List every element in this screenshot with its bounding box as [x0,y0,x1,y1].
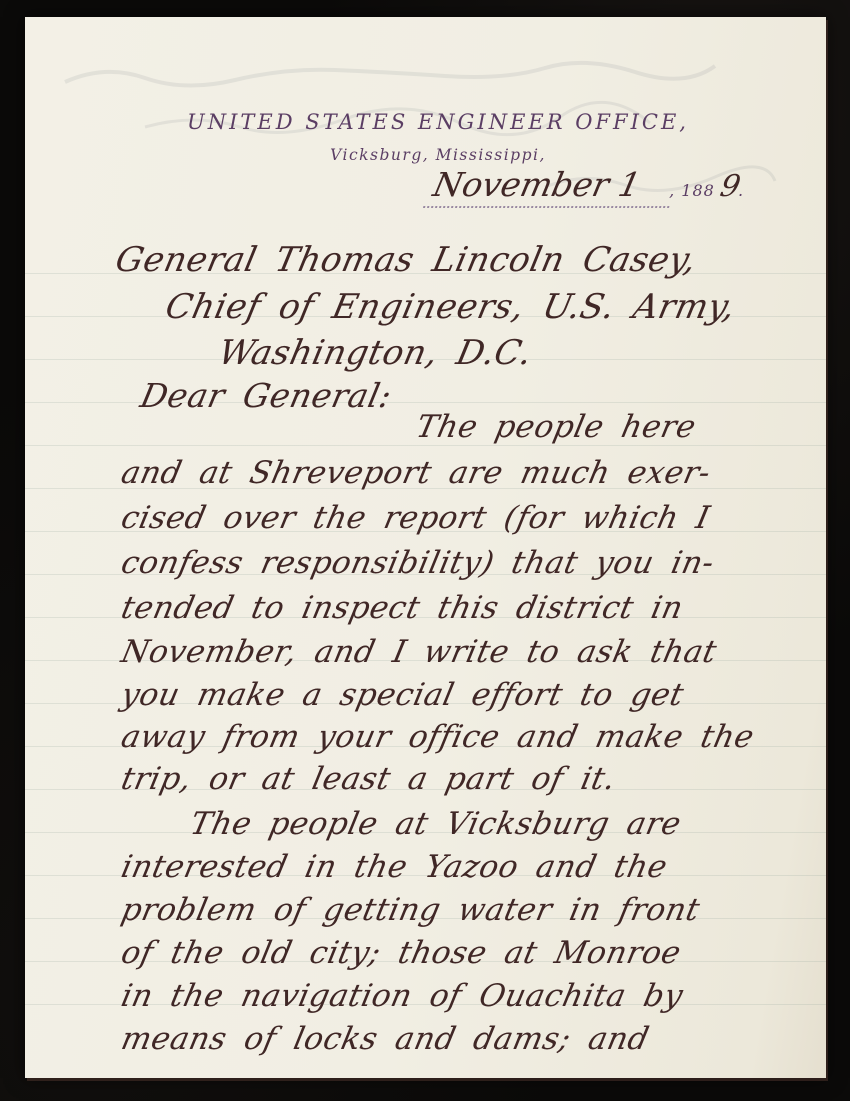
body-line: and at Shreveport are much exer- [118,455,714,491]
letterhead-place-line: Vicksburg, Mississippi, [25,146,850,164]
recipient-name-line: General Thomas Lincoln Casey, [112,240,700,280]
recipient-city-line: Washington, D.C. [215,333,536,373]
body-line: tended to inspect this district in [118,590,686,626]
body-line: confess responsibility) that you in- [118,545,718,581]
body-line: trip, or at least a part of it. [118,761,619,797]
body-line: in the navigation of Ouachita by [118,978,686,1014]
scan-background: UNITED STATES ENGINEER OFFICE, Vicksburg… [0,0,850,1101]
body-line: you make a special effort to get [118,677,687,713]
body-line: of the old city; those at Monroe [118,935,684,971]
handwritten-date: November 1 [423,165,678,208]
date-line: November 1 , 188 9 . [423,165,744,208]
body-line: problem of getting water in front [118,892,703,928]
body-line: November, and I write to ask that [118,634,720,670]
body-line: The people at Vicksburg are [187,806,684,842]
body-line: means of locks and dams; and [118,1021,652,1057]
salutation: Dear General: [137,376,396,415]
printed-year-prefix: , 188 [669,181,715,200]
letter-paper: UNITED STATES ENGINEER OFFICE, Vicksburg… [25,17,826,1078]
body-line: interested in the Yazoo and the [118,849,671,885]
body-line: The people here [413,409,699,445]
body-line: away from your office and make the [118,719,757,755]
letterhead-office-line: UNITED STATES ENGINEER OFFICE, [25,110,850,134]
body-line: cised over the report (for which I [118,500,713,536]
recipient-title-line: Chief of Engineers, U.S. Army, [162,287,739,327]
